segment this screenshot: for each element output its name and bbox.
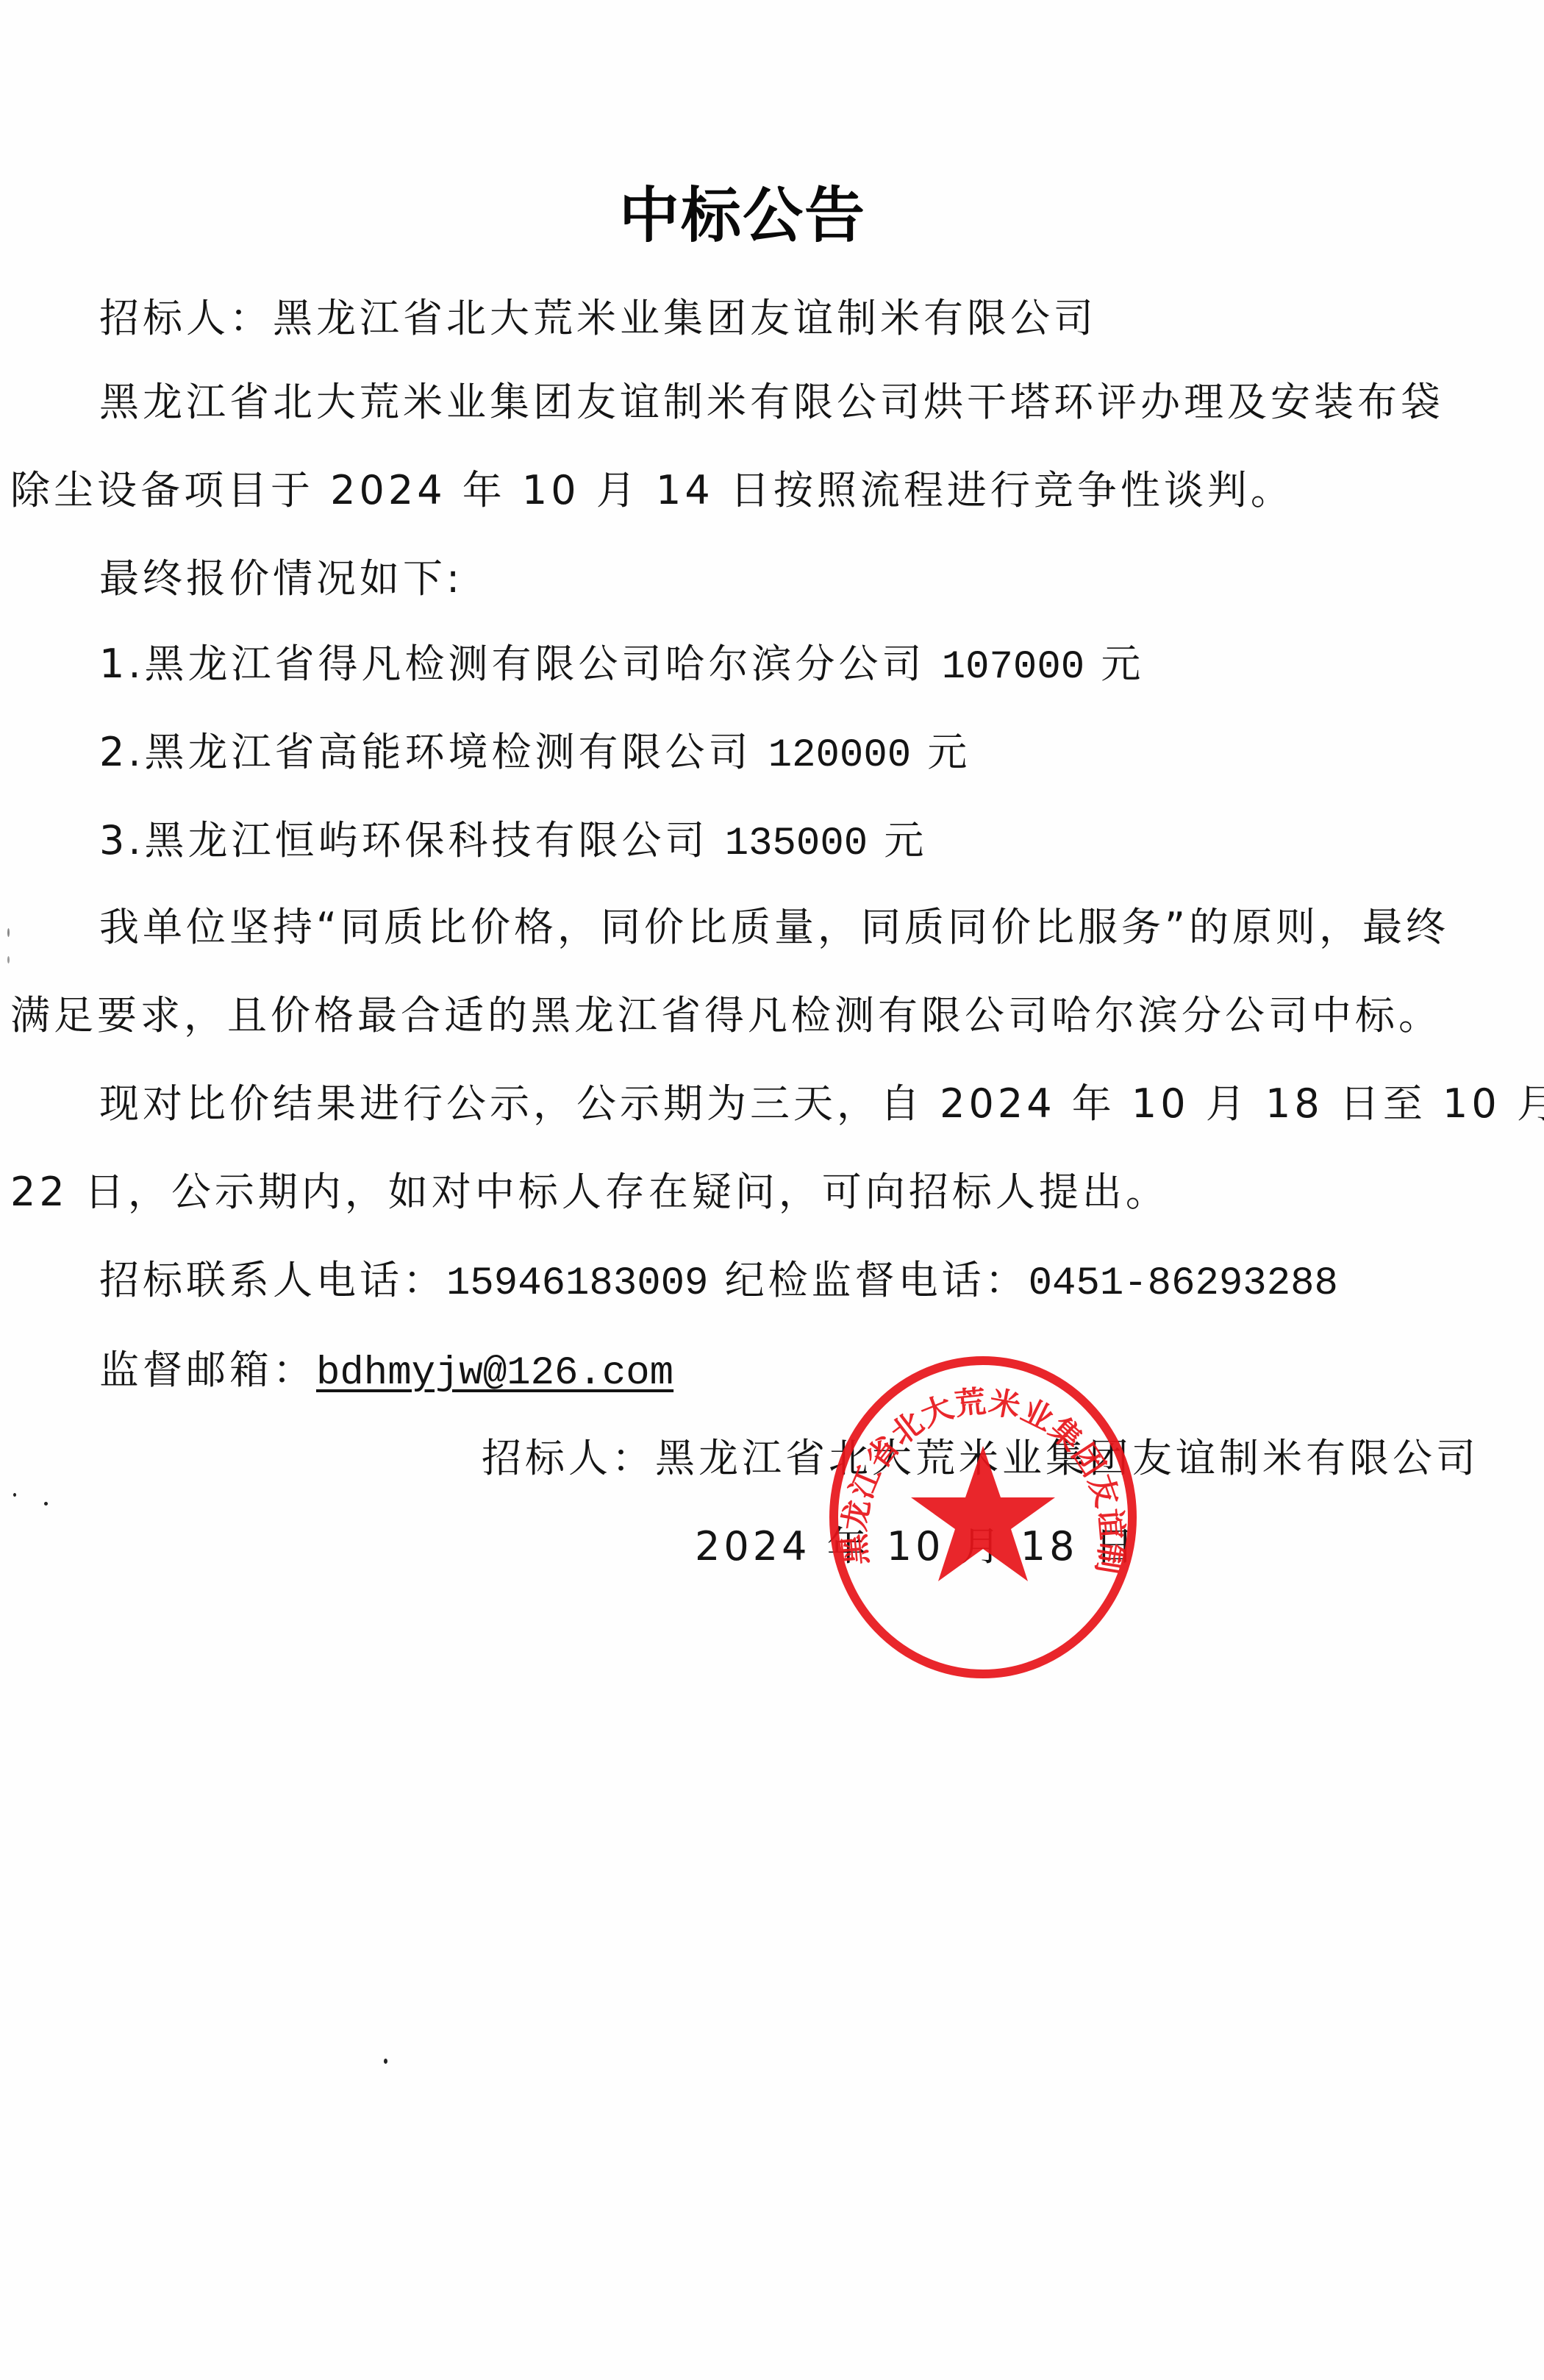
scan-speck [13,1493,16,1497]
quote-amount: 107000 [942,645,1084,690]
contact-phones-line: 招标联系人电话：15946183009 纪检监督电话：0451-86293288 [99,1255,1338,1306]
quote-index: 3. [99,817,145,863]
principle-line-2: 满足要求，且价格最合适的黑龙江省得凡检测有限公司哈尔滨分公司中标。 [10,990,1442,1041]
tender-contact-label: 招标联系人电话： [99,1257,446,1303]
principle-line-1: 我单位坚持“同质比价格，同价比质量，同质同价比服务”的原则，最终 [99,902,1449,953]
publicity-line-1: 现对比价结果进行公示，公示期为三天，自 2024 年 10 月 18 日至 10… [99,1078,1544,1130]
quote-amount: 135000 [725,822,868,866]
quote-item-3: 3.黑龙江恒屿环保科技有限公司 135000 元 [99,815,927,866]
quote-unit: 元 [927,729,971,775]
supervision-email-line: 监督邮箱：bdhmyjw@126.com [99,1344,673,1396]
quote-index: 1. [99,641,145,687]
discipline-phone-label: 纪检监督电话： [725,1257,1029,1303]
scan-speck [384,2059,387,2064]
quote-index: 2. [99,729,145,775]
company-seal-icon: 黑龙江省北大荒米业集团友谊制米有限公司 [825,1352,1141,1683]
document-page: 中标公告 招标人：黑龙江省北大荒米业集团友谊制米有限公司 黑龙江省北大荒米业集团… [0,0,1544,2380]
publicity-line-2: 22 日，公示期内，如对中标人存在疑问，可向招标人提出。 [10,1166,1169,1218]
quotes-heading: 最终报价情况如下: [99,553,463,605]
discipline-phone: 0451-86293288 [1029,1261,1338,1306]
page-title: 中标公告 [0,168,1485,254]
scan-speck [7,928,10,937]
signature-date: 2024 年 10 月 18 日 [695,1521,1138,1572]
intro-line-2: 除尘设备项目于 2024 年 10 月 14 日按照流程进行竞争性谈判。 [10,465,1294,516]
tender-contact-phone: 15946183009 [446,1261,708,1306]
email-label: 监督邮箱： [99,1347,316,1393]
quote-item-2: 2.黑龙江省高能环境检测有限公司 120000 元 [99,727,971,778]
signature-tenderer: 招标人：黑龙江省北大荒米业集团友谊制米有限公司 [482,1433,1479,1484]
scan-speck [44,1502,48,1506]
quote-company: 黑龙江省得凡检测有限公司哈尔滨分公司 [145,641,926,687]
tenderer-line: 招标人：黑龙江省北大荒米业集团友谊制米有限公司 [99,293,1097,344]
quote-amount: 120000 [768,733,911,778]
quote-company: 黑龙江省高能环境检测有限公司 [145,729,752,775]
quote-unit: 元 [1101,641,1144,687]
intro-line-1: 黑龙江省北大荒米业集团友谊制米有限公司烘干塔环评办理及安装布袋 [99,377,1444,428]
quote-item-1: 1.黑龙江省得凡检测有限公司哈尔滨分公司 107000 元 [99,638,1144,690]
quote-unit: 元 [884,817,927,863]
scan-speck [7,956,10,963]
quote-company: 黑龙江恒屿环保科技有限公司 [145,817,709,863]
email-link[interactable]: bdhmyjw@126.com [316,1351,673,1396]
